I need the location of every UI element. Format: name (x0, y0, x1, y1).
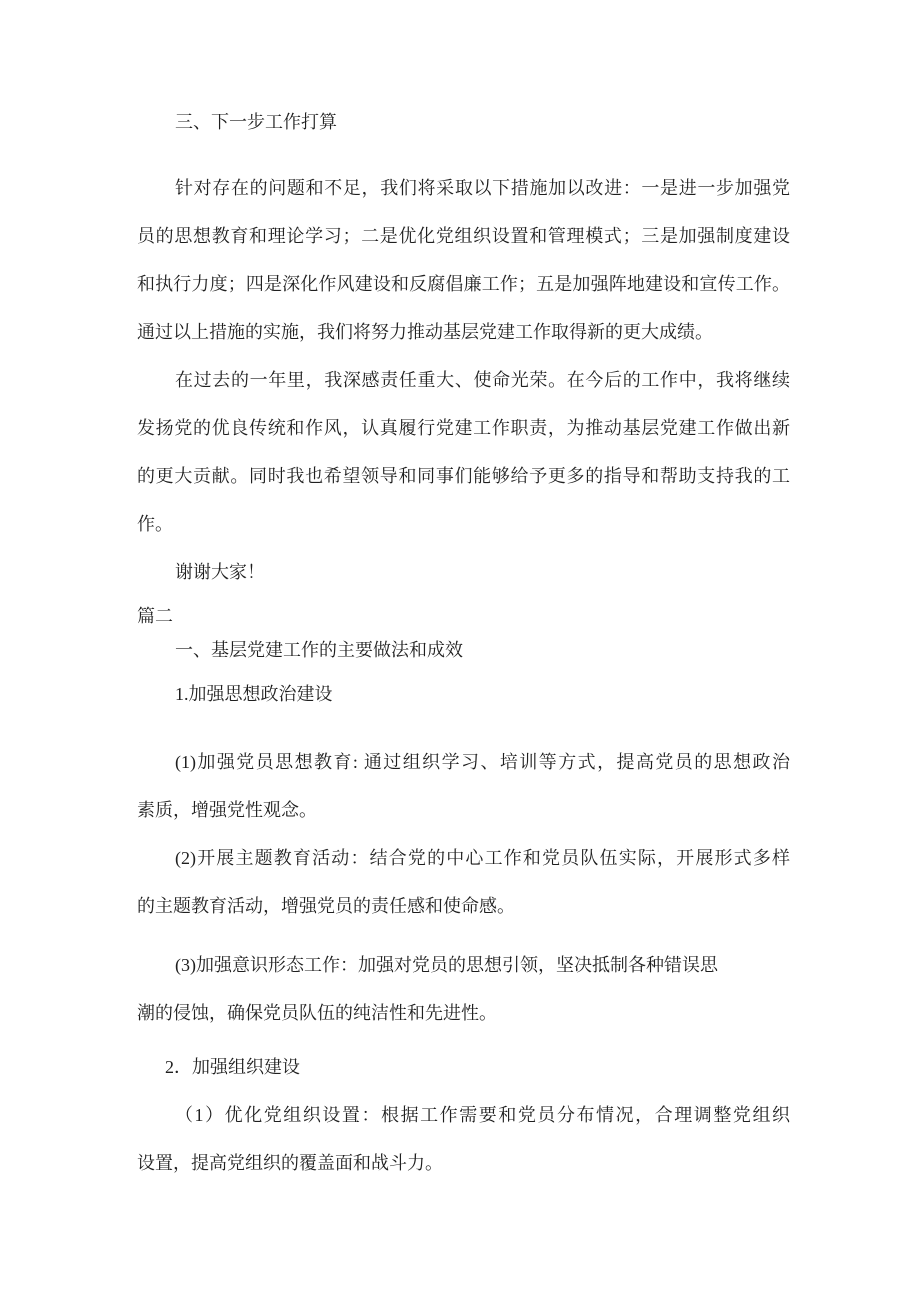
heading-main-practices: 一、基层党建工作的主要做法和成效 (137, 633, 790, 667)
part-label-two: 篇二 (137, 599, 790, 633)
paragraph-thanks: 谢谢大家！ (137, 548, 790, 596)
document-page: 三、下一步工作打算 针对存在的问题和不足，我们将采取以下措施加以改进：一是进一步… (0, 0, 920, 1301)
paragraph-line: 的主题教育活动，增强党员的责任感和使命感。 (137, 882, 790, 930)
heading-text: 三、下一步工作打算 (137, 98, 790, 146)
paragraph-line: (2)开展主题教育活动：结合党的中心工作和党员队伍实际，开展形式多样 (137, 834, 790, 882)
paragraph-line: 作。 (137, 500, 790, 548)
paragraph-item-1-education: (1)加强党员思想教育: 通过组织学习、培训等方式，提高党员的思想政治 素质，增… (137, 738, 790, 834)
document-body: 三、下一步工作打算 针对存在的问题和不足，我们将采取以下措施加以改进：一是进一步… (137, 98, 790, 1187)
paragraph-line: 通过以上措施的实施，我们将努力推动基层党建工作取得新的更大成绩。 (137, 308, 790, 356)
paragraph-past-year-reflection: 在过去的一年里，我深感责任重大、使命光荣。在今后的工作中，我将继续 发扬党的优良… (137, 356, 790, 548)
paragraph-line: 谢谢大家！ (137, 548, 790, 596)
paragraph-line: 和执行力度；四是深化作风建设和反腐倡廉工作；五是加强阵地建设和宣传工作。 (137, 260, 790, 308)
paragraph-item-1-optimize-org: （1）优化党组织设置：根据工作需要和党员分布情况，合理调整党组织 设置，提高党组… (137, 1091, 790, 1187)
subheading-text: 1.加强思想政治建设 (137, 670, 790, 718)
paragraph-line: 潮的侵蚀，确保党员队伍的纯洁性和先进性。 (137, 989, 790, 1037)
paragraph-line: (1)加强党员思想教育: 通过组织学习、培训等方式，提高党员的思想政治 (137, 738, 790, 786)
subheading-text: 2．加强组织建设 (137, 1043, 790, 1091)
paragraph-line: 针对存在的问题和不足，我们将采取以下措施加以改进：一是进一步加强党 (137, 164, 790, 212)
part-label-text: 篇二 (137, 599, 790, 633)
subheading-organization-building: 2．加强组织建设 (137, 1043, 790, 1091)
paragraph-item-2-theme-activities: (2)开展主题教育活动：结合党的中心工作和党员队伍实际，开展形式多样 的主题教育… (137, 834, 790, 930)
heading-text: 一、基层党建工作的主要做法和成效 (137, 633, 790, 667)
paragraph-line: （1）优化党组织设置：根据工作需要和党员分布情况，合理调整党组织 (137, 1091, 790, 1139)
paragraph-line: 的更大贡献。同时我也希望领导和同事们能够给予更多的指导和帮助支持我的工 (137, 452, 790, 500)
paragraph-line: 设置，提高党组织的覆盖面和战斗力。 (137, 1139, 790, 1187)
paragraph-line: 素质，增强党性观念。 (137, 786, 790, 834)
paragraph-line: 员的思想教育和理论学习；二是优化党组织设置和管理模式；三是加强制度建设 (137, 212, 790, 260)
subheading-ideological-political: 1.加强思想政治建设 (137, 670, 790, 718)
paragraph-improvement-measures: 针对存在的问题和不足，我们将采取以下措施加以改进：一是进一步加强党 员的思想教育… (137, 164, 790, 356)
paragraph-line: (3)加强意识形态工作：加强对党员的思想引领，坚决抵制各种错误思 (137, 941, 790, 989)
paragraph-line: 发扬党的优良传统和作风，认真履行党建工作职责，为推动基层党建工作做出新 (137, 404, 790, 452)
paragraph-line: 在过去的一年里，我深感责任重大、使命光荣。在今后的工作中，我将继续 (137, 356, 790, 404)
paragraph-item-3-ideology-work: (3)加强意识形态工作：加强对党员的思想引领，坚决抵制各种错误思 潮的侵蚀，确保… (137, 941, 790, 1037)
heading-next-step-plan: 三、下一步工作打算 (137, 98, 790, 146)
